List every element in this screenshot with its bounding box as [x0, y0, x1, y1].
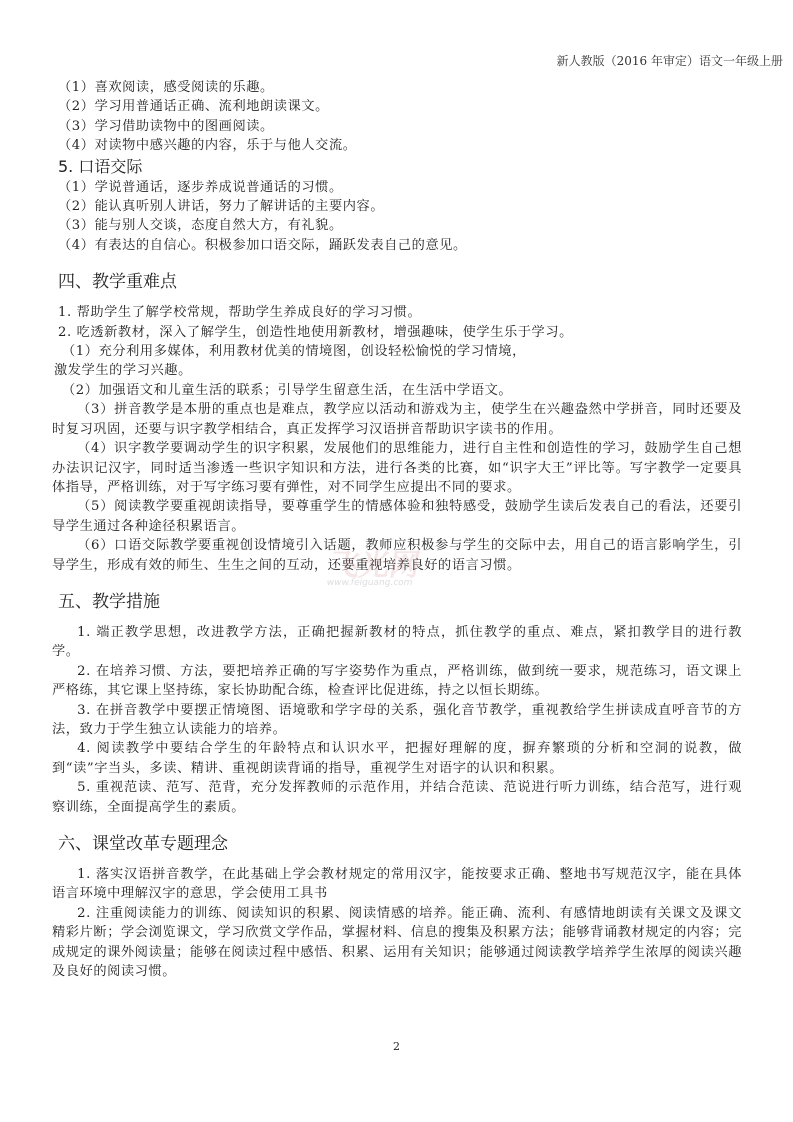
reading-item: （2）学习用普通话正确、流利地朗读课文。 — [52, 97, 742, 116]
paragraph: 2. 吃透新教材，深入了解学生，创造性地使用新教材，增强趣味，使学生乐于学习。 — [52, 323, 742, 342]
oral-item: （4）有表达的自信心。积极参加口语交际，踊跃发表自己的意见。 — [52, 236, 742, 255]
paragraph: （1）充分利用多媒体，利用教材优美的情境图，创设轻松愉悦的学习情境， — [52, 342, 742, 361]
paragraph: （5）阅读教学要重视朗读指导，要尊重学生的情感体验和独特感受，鼓励学生读后发表自… — [52, 497, 742, 536]
paragraph: 4. 阅读教学中要结合学生的年龄特点和认识水平，把握好理解的度，摒弃繁琐的分析和… — [52, 739, 742, 778]
paragraph: 1. 落实汉语拼音教学，在此基础上学会教材规定的常用汉字，能按要求正确、整地书写… — [52, 865, 742, 904]
section-title-classroom-reform: 六、课堂改革专题理念 — [58, 833, 742, 855]
oral-item: （2）能认真听别人讲话，努力了解讲话的主要内容。 — [52, 197, 742, 216]
paragraph: （4）识字教学要调动学生的识字积累，发展他们的思维能力，进行自主性和创造性的学习… — [52, 439, 742, 497]
document-page: （1）喜欢阅读，感受阅读的乐趣。 （2）学习用普通话正确、流利地朗读课文。 （3… — [52, 78, 742, 981]
section-title-key-difficulties: 四、教学重难点 — [58, 271, 742, 293]
reading-item: （3）学习借助读物中的图画阅读。 — [52, 117, 742, 136]
oral-item: （1）学说普通话，逐步养成说普通话的习惯。 — [52, 178, 742, 197]
paragraph: 1. 帮助学生了解学校常规，帮助学生养成良好的学习习惯。 — [52, 303, 742, 322]
reading-item: （1）喜欢阅读，感受阅读的乐趣。 — [52, 78, 742, 97]
paragraph: 5. 重视范读、范写、范背，充分发挥教师的示范作用，并结合范读、范说进行听力训练… — [52, 778, 742, 817]
paragraph: （2）加强语文和儿童生活的联系；引导学生留意生活，在生活中学语文。 — [52, 381, 742, 400]
paragraph: 激发学生的学习兴趣。 — [52, 361, 742, 380]
running-header: 新人教版（2016 年审定）语文一年级上册 — [557, 52, 783, 69]
paragraph: （6）口语交际教学要重视创设情境引入话题，教师应积极参与学生的交际中去，用自己的… — [52, 536, 742, 575]
paragraph: 2. 注重阅读能力的训练、阅读知识的积累、阅读情感的培养。能正确、流利、有感情地… — [52, 904, 742, 982]
reading-item: （4）对读物中感兴趣的内容，乐于与他人交流。 — [52, 136, 742, 155]
page-number: 2 — [0, 1040, 793, 1053]
paragraph: （3）拼音教学是本册的重点也是难点，教学应以活动和游戏为主，使学生在兴趣盎然中学… — [52, 400, 742, 439]
oral-item: （3）能与别人交谈，态度自然大方，有礼貌。 — [52, 216, 742, 235]
paragraph: 2. 在培养习惯、方法，要把培养正确的写字姿势作为重点，严格训练，做到统一要求，… — [52, 662, 742, 701]
oral-communication-title: 5. 口语交际 — [58, 156, 742, 178]
section-title-teaching-measures: 五、教学措施 — [58, 591, 742, 613]
paragraph: 1. 端正教学思想，改进教学方法，正确把握新教材的特点，抓住教学的重点、难点，紧… — [52, 623, 742, 662]
paragraph: 3. 在拼音教学中要摆正情境图、语境歌和学字母的关系，强化音节教学，重视教给学生… — [52, 701, 742, 740]
